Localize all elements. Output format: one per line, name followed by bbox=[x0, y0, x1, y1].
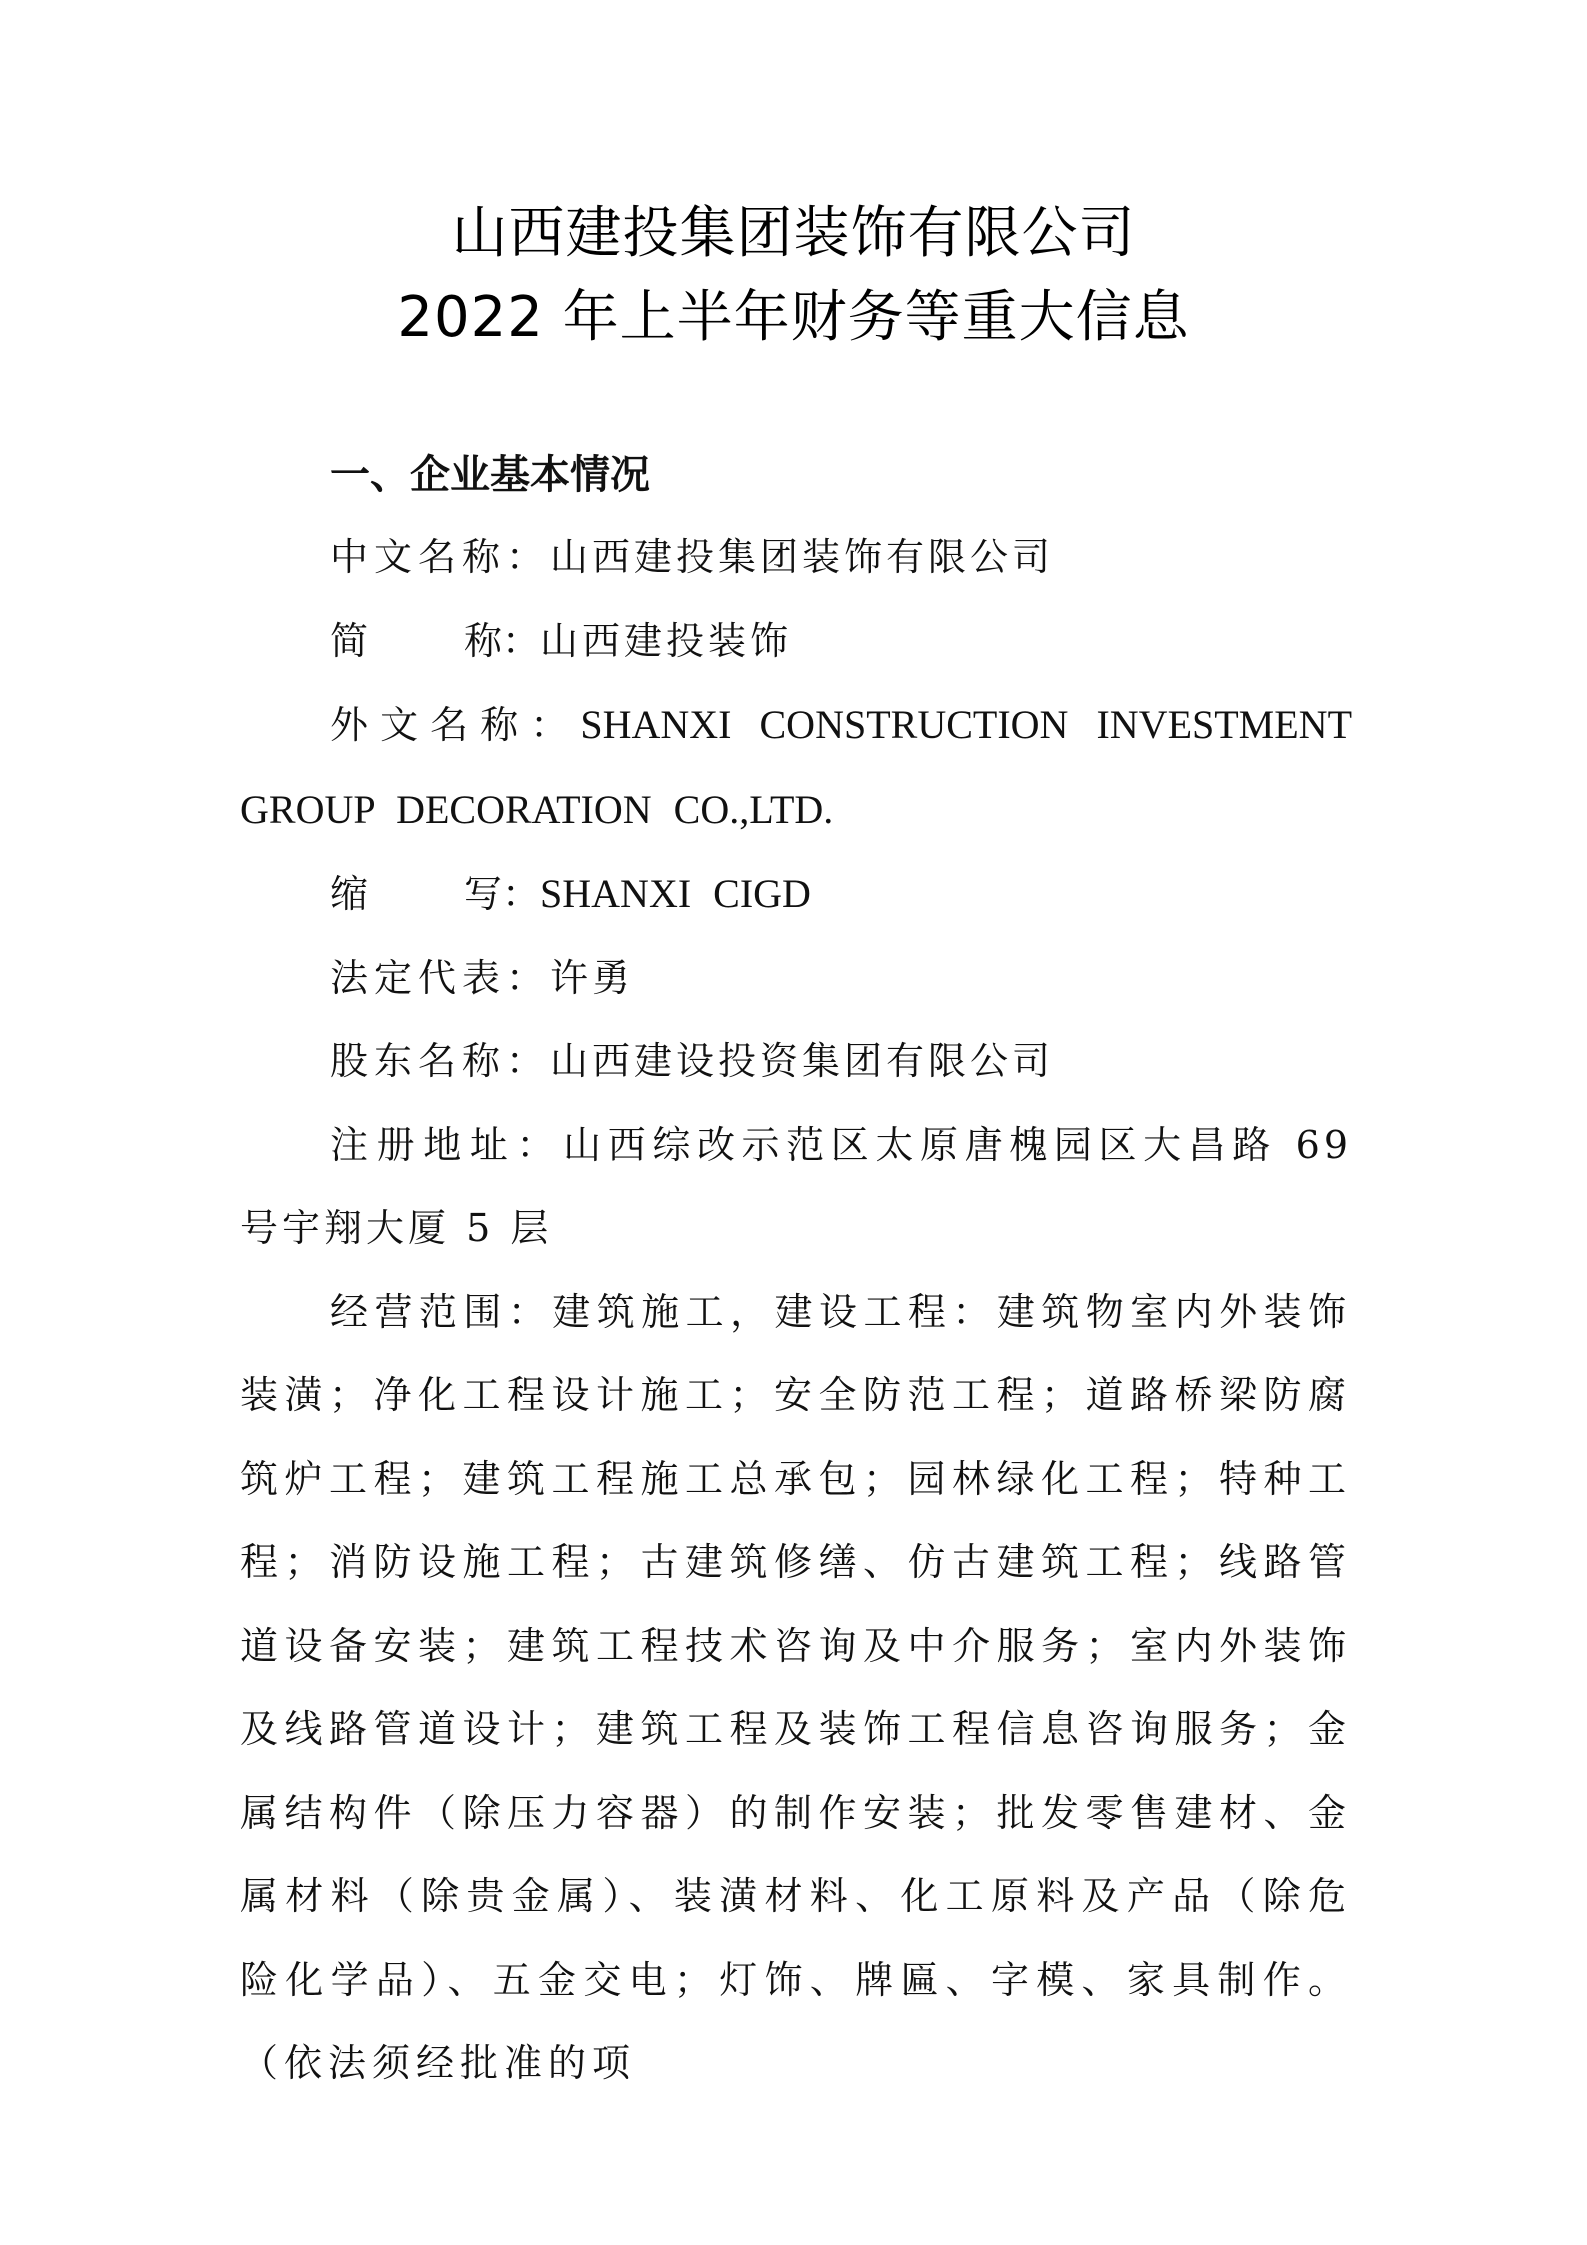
field-short-name: 简称：山西建投装饰 bbox=[240, 600, 1352, 684]
field-value: 山西建投集团装饰有限公司 bbox=[550, 535, 1054, 579]
field-label-part: 称： bbox=[464, 619, 540, 663]
section-heading-basic-info: 一、企业基本情况 bbox=[240, 440, 1352, 510]
field-label: 注册地址： bbox=[330, 1123, 563, 1167]
title-line-company: 山西建投集团装饰有限公司 bbox=[0, 192, 1587, 276]
field-business-scope: 经营范围：建筑施工，建设工程：建筑物室内外装饰装潢；净化工程设计施工；安全防范工… bbox=[240, 1271, 1352, 2106]
field-label: 经营范围： bbox=[330, 1290, 552, 1334]
document-body: 一、企业基本情况 中文名称：山西建投集团装饰有限公司 简称：山西建投装饰 外文名… bbox=[240, 440, 1352, 2106]
document-title: 山西建投集团装饰有限公司 2022 年上半年财务等重大信息 bbox=[0, 192, 1587, 360]
field-label: 股东名称： bbox=[330, 1039, 550, 1083]
field-value: 建筑施工，建设工程：建筑物室内外装饰装潢；净化工程设计施工；安全防范工程；道路桥… bbox=[240, 1290, 1352, 2086]
field-label: 法定代表： bbox=[330, 956, 550, 1000]
field-value: 山西建投装饰 bbox=[540, 619, 792, 663]
field-label: 简称： bbox=[330, 619, 540, 663]
field-value: 山西建设投资集团有限公司 bbox=[550, 1039, 1054, 1083]
field-english-name: 外文名称：SHANXI CONSTRUCTION INVESTMENT GROU… bbox=[240, 683, 1352, 852]
field-label: 中文名称： bbox=[330, 535, 550, 579]
field-label-part: 缩 bbox=[330, 872, 368, 916]
field-label: 缩写： bbox=[330, 872, 540, 916]
field-registered-address: 注册地址：山西综改示范区太原唐槐园区大昌路 69 号宇翔大厦 5 层 bbox=[240, 1104, 1352, 1271]
field-chinese-name: 中文名称：山西建投集团装饰有限公司 bbox=[240, 516, 1352, 600]
document-page: 山西建投集团装饰有限公司 2022 年上半年财务等重大信息 一、企业基本情况 中… bbox=[0, 0, 1587, 2245]
title-line-report: 2022 年上半年财务等重大信息 bbox=[0, 276, 1587, 360]
field-shareholder: 股东名称：山西建设投资集团有限公司 bbox=[240, 1020, 1352, 1104]
field-value: 许勇 bbox=[550, 956, 634, 1000]
field-label: 外文名称： bbox=[330, 703, 580, 747]
field-value: SHANXI CIGD bbox=[540, 871, 811, 916]
field-legal-representative: 法定代表：许勇 bbox=[240, 937, 1352, 1021]
field-label-part: 简 bbox=[330, 619, 368, 663]
field-abbreviation: 缩写：SHANXI CIGD bbox=[240, 852, 1352, 937]
field-label-part: 写： bbox=[464, 872, 540, 916]
